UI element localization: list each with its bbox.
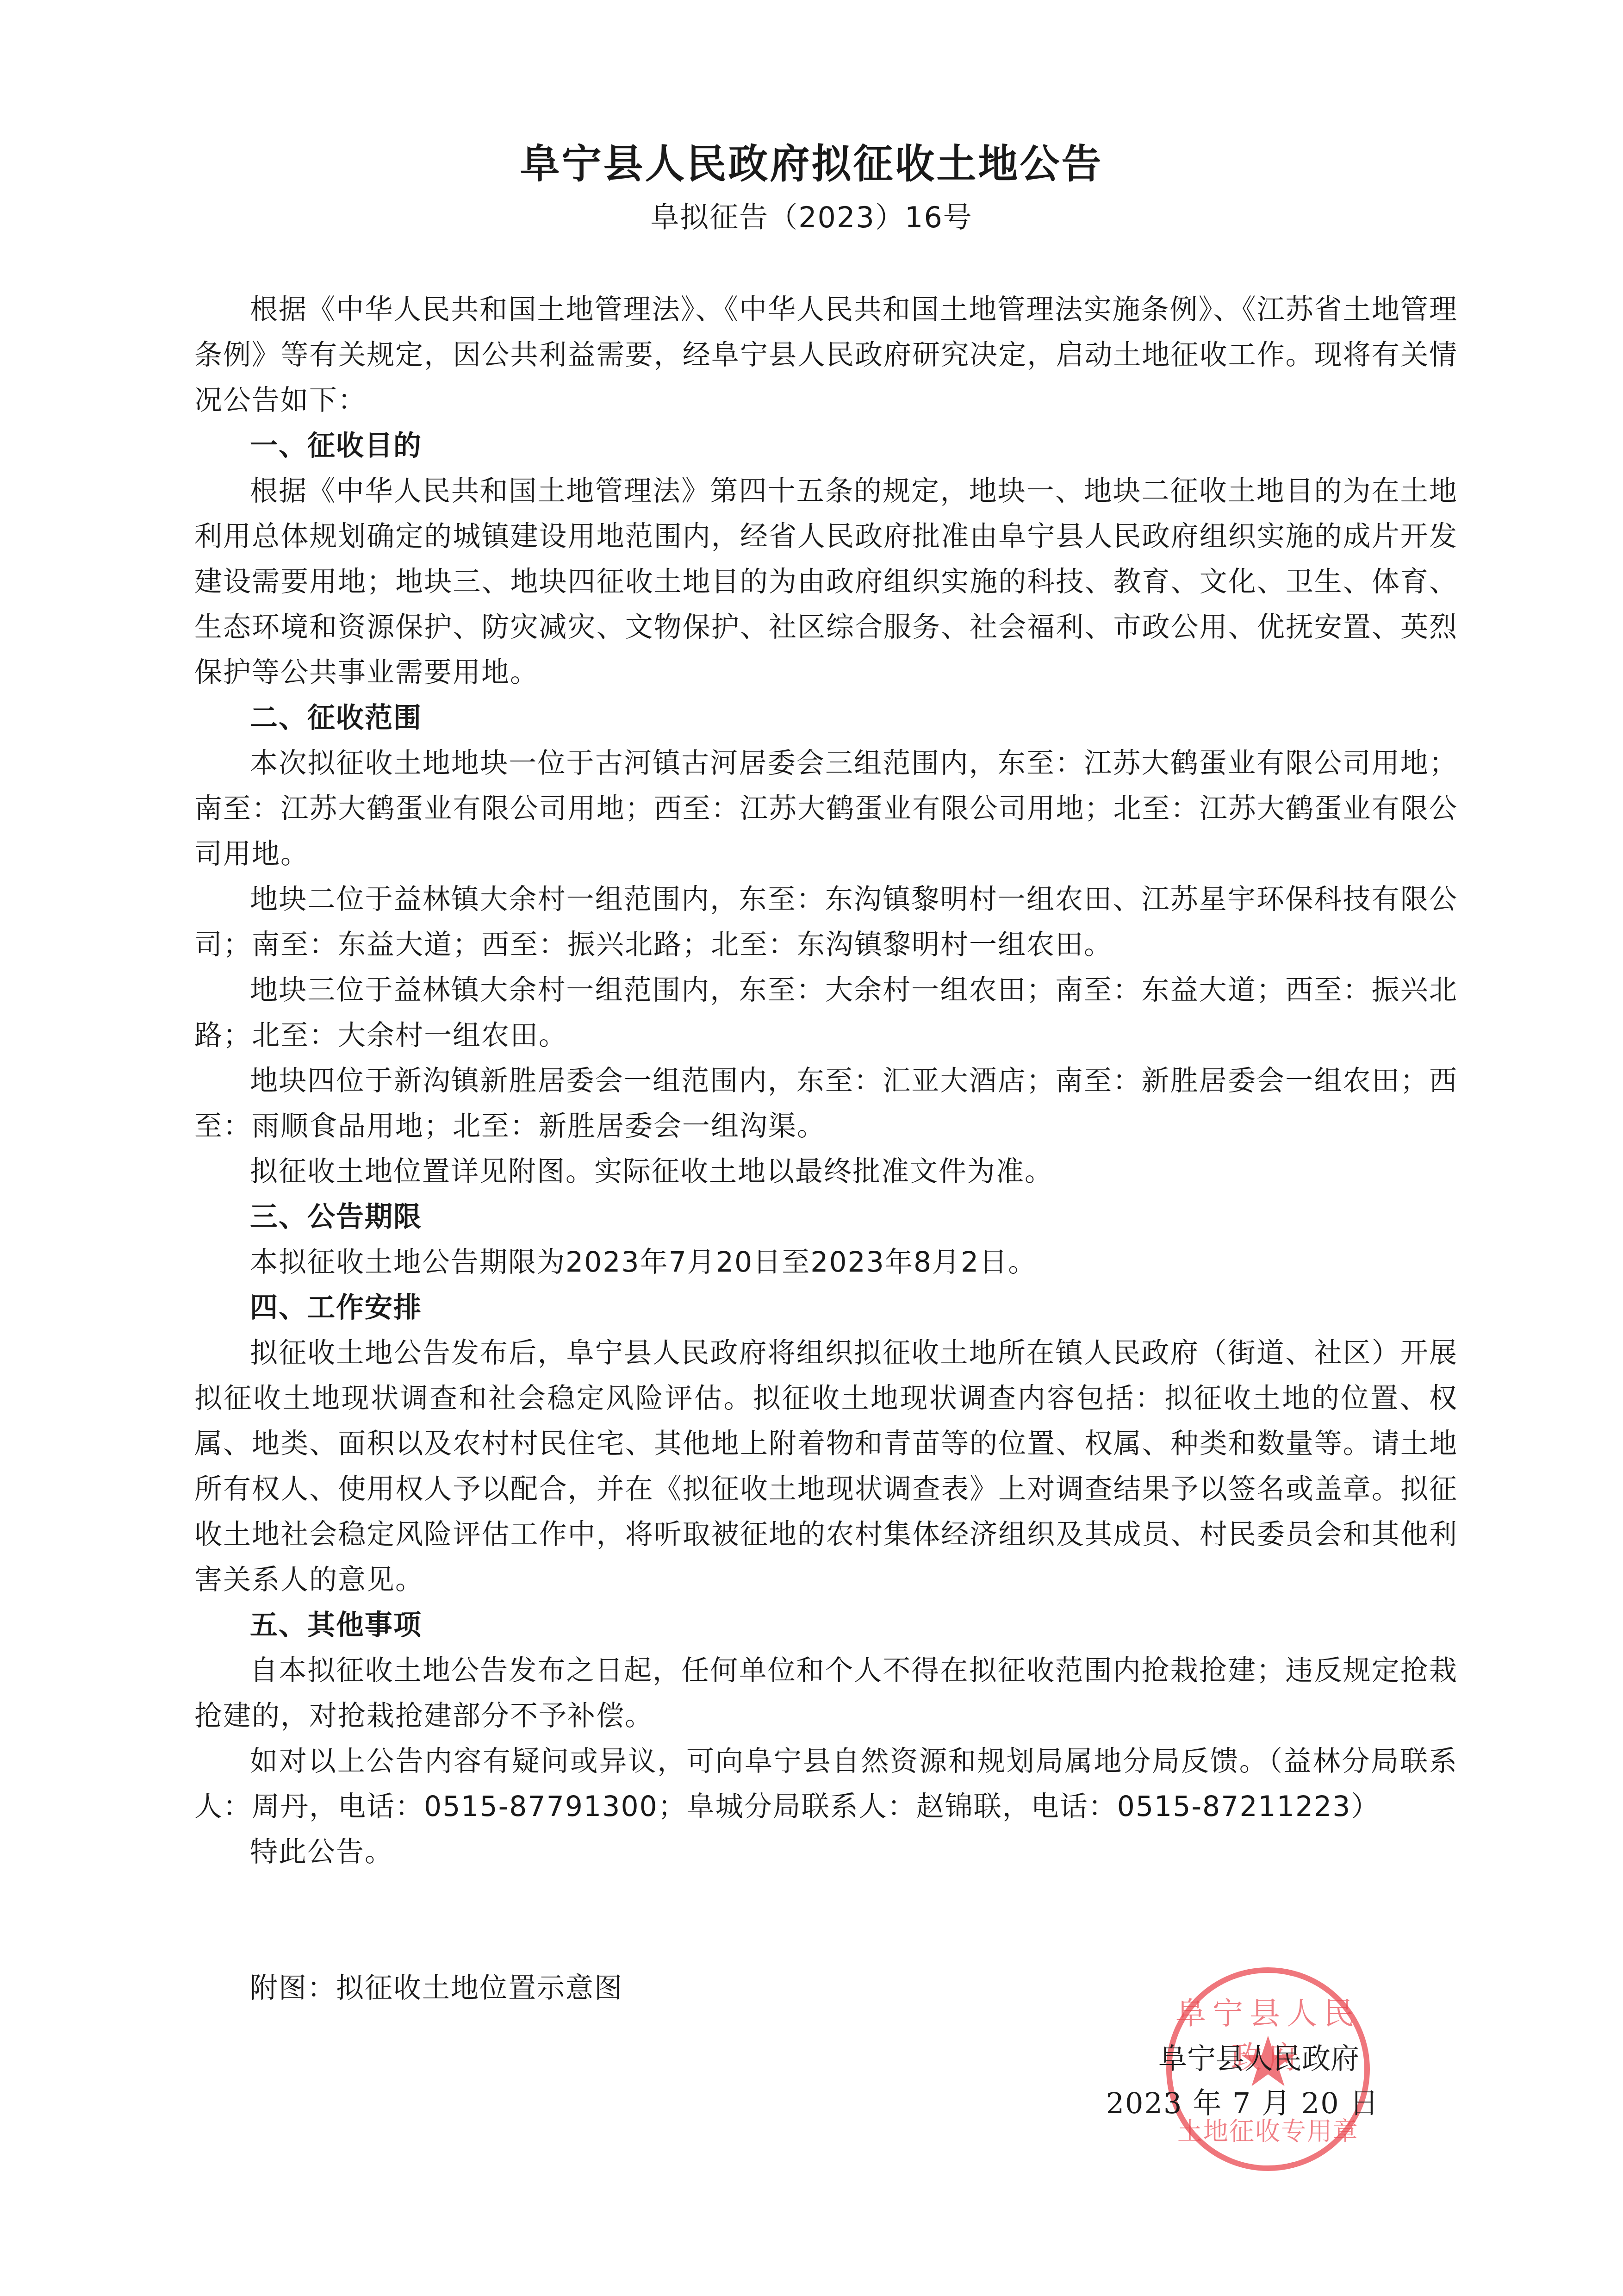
section-paragraph: 自本拟征收土地公告发布之日起，任何单位和个人不得在拟征收范围内抢栽抢建；违反规定… xyxy=(194,1648,1458,1739)
intro-paragraph: 根据《中华人民共和国土地管理法》、《中华人民共和国土地管理法实施条例》、《江苏省… xyxy=(194,287,1458,423)
section-paragraph: 本拟征收土地公告期限为2023年7月20日至2023年8月2日。 xyxy=(194,1240,1458,1285)
section-paragraph: 地块四位于新沟镇新胜居委会一组范围内，东至：汇亚大酒店；南至：新胜居委会一组农田… xyxy=(194,1058,1458,1149)
document-body: 根据《中华人民共和国土地管理法》、《中华人民共和国土地管理法实施条例》、《江苏省… xyxy=(194,287,1458,2011)
section-paragraph: 拟征收土地位置详见附图。实际征收土地以最终批准文件为准。 xyxy=(194,1149,1458,1194)
document-number: 阜拟征告（2023）16号 xyxy=(0,199,1623,236)
section-heading-scope: 二、征收范围 xyxy=(194,695,1458,741)
section-heading-period: 三、公告期限 xyxy=(194,1194,1458,1240)
section-paragraph: 拟征收土地公告发布后，阜宁县人民政府将组织拟征收土地所在镇人民政府（街道、社区）… xyxy=(194,1330,1458,1603)
issue-date: 2023 年 7 月 20 日 xyxy=(1097,2081,1388,2126)
section-paragraph: 如对以上公告内容有疑问或异议，可向阜宁县自然资源和规划局属地分局反馈。（益林分局… xyxy=(194,1739,1458,1829)
section-paragraph: 地块三位于益林镇大余村一组范围内，东至：大余村一组农田；南至：东益大道；西至：振… xyxy=(194,967,1458,1058)
document-page: 阜宁县人民政府拟征收土地公告 阜拟征告（2023）16号 根据《中华人民共和国土… xyxy=(0,0,1623,2296)
section-paragraph: 根据《中华人民共和国土地管理法》第四十五条的规定，地块一、地块二征收土地目的为在… xyxy=(194,468,1458,695)
section-paragraph: 本次拟征收土地地块一位于古河镇古河居委会三组范围内，东至：江苏大鹤蛋业有限公司用… xyxy=(194,741,1458,877)
signature-block: 阜宁县人民政府 2023 年 7 月 20 日 xyxy=(1129,2037,1388,2126)
issuer-name: 阜宁县人民政府 xyxy=(1129,2037,1388,2081)
section-heading-purpose: 一、征收目的 xyxy=(194,423,1458,468)
section-heading-other: 五、其他事项 xyxy=(194,1603,1458,1648)
document-title: 阜宁县人民政府拟征收土地公告 xyxy=(0,139,1623,190)
section-heading-arrangement: 四、工作安排 xyxy=(194,1285,1458,1330)
closing-paragraph: 特此公告。 xyxy=(194,1829,1458,1875)
section-paragraph: 地块二位于益林镇大余村一组范围内，东至：东沟镇黎明村一组农田、江苏星宇环保科技有… xyxy=(194,877,1458,967)
